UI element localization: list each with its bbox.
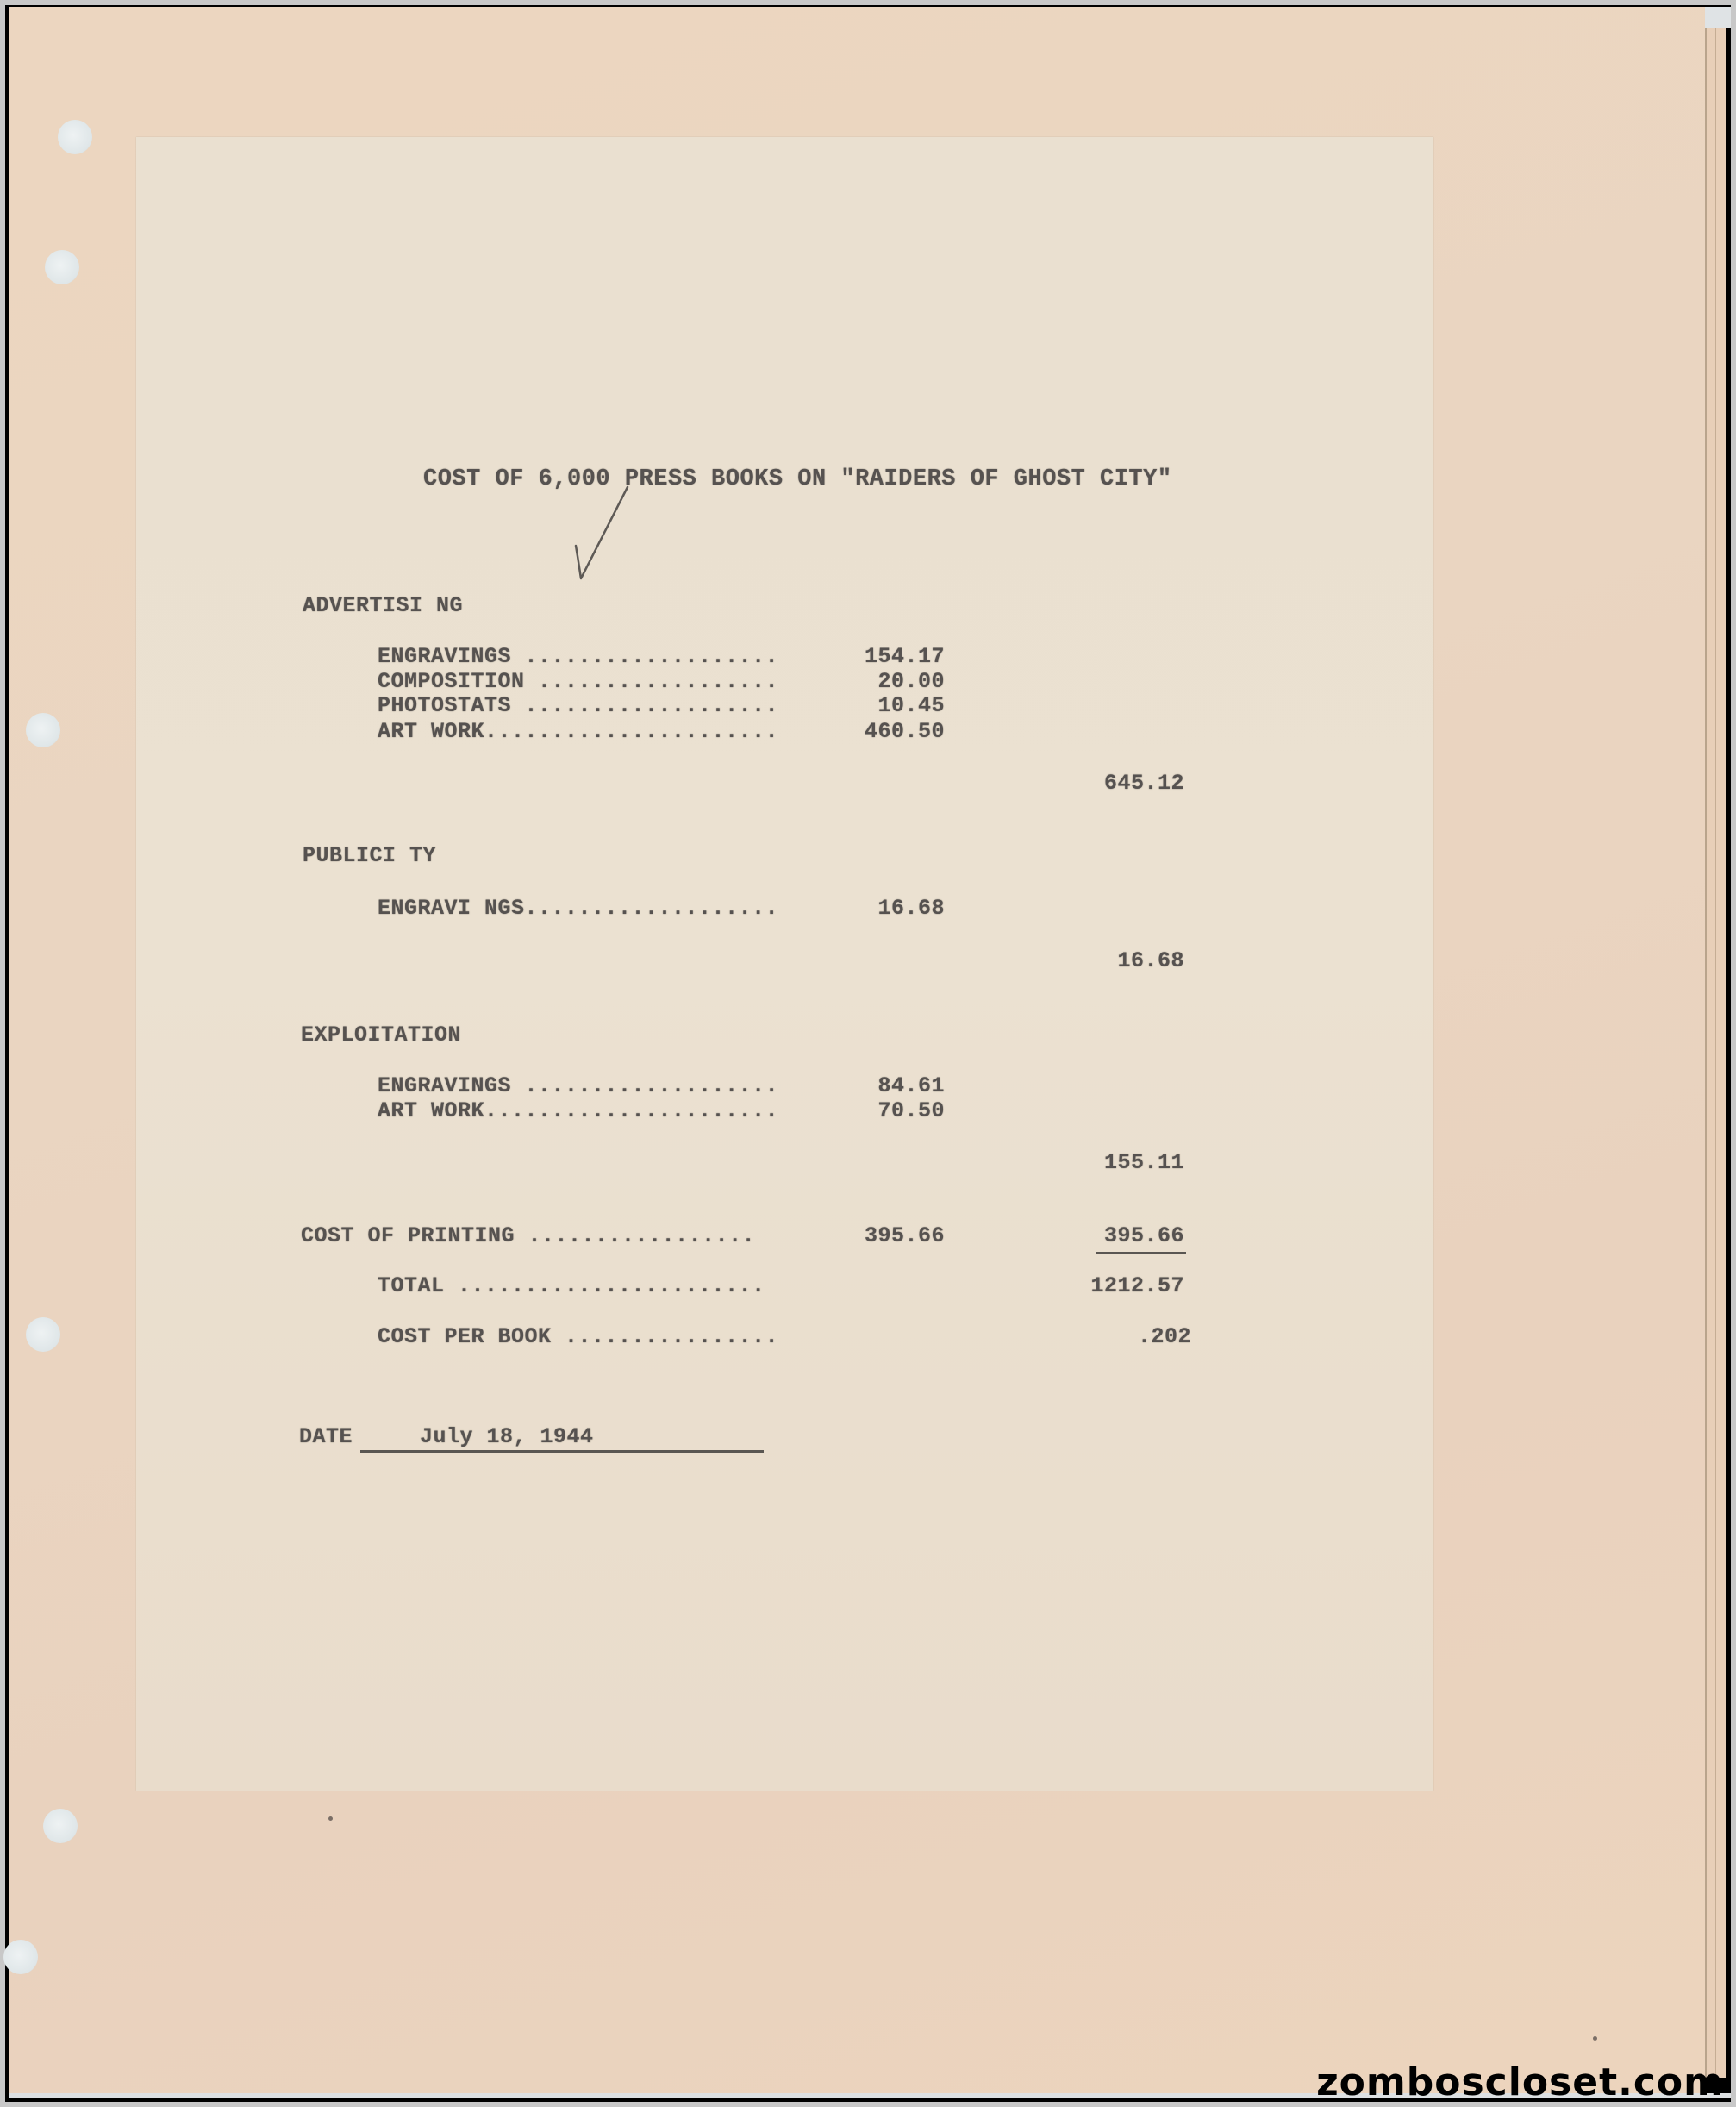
binder-hole-icon: [3, 1940, 38, 1974]
line-item-value: 460.50: [827, 721, 945, 742]
section-subtotal: 155.11: [1034, 1152, 1184, 1173]
line-item-value: 84.61: [827, 1075, 945, 1097]
line-item-value: 20.00: [827, 671, 945, 692]
cost-per-book-value: .202: [1034, 1326, 1191, 1347]
checkmark-icon: [560, 483, 638, 586]
line-item-label: ENGRAVI NGS...................: [378, 897, 778, 919]
printing-label: COST OF PRINTING .................: [301, 1225, 755, 1247]
binder-hole-icon: [26, 713, 60, 747]
line-item-value: 16.68: [827, 897, 945, 919]
section-subtotal: 16.68: [1034, 950, 1184, 972]
typed-document: [136, 137, 1433, 1791]
speck: [328, 1816, 333, 1821]
cost-per-book-label: COST PER BOOK ................: [378, 1326, 778, 1347]
date-label: DATE: [299, 1426, 353, 1447]
line-item-value: 154.17: [827, 646, 945, 667]
binder-hole-icon: [45, 250, 79, 284]
binder-hole-icon: [58, 120, 92, 154]
line-item-value: 70.50: [827, 1100, 945, 1122]
printing-subtotal: 395.66: [1034, 1225, 1184, 1247]
printing-value: 395.66: [827, 1225, 945, 1247]
subtotal-underline: [1096, 1252, 1186, 1254]
line-item-label: ENGRAVINGS ...................: [378, 646, 778, 667]
line-item-label: PHOTOSTATS ...................: [378, 695, 778, 716]
total-label: TOTAL .......................: [378, 1275, 765, 1297]
line-item-value: 10.45: [827, 695, 945, 716]
speck: [1593, 2036, 1597, 2041]
binder-hole-icon: [26, 1317, 60, 1352]
date-underline: [360, 1450, 764, 1453]
section-heading-exploitation: EXPLOITATION: [301, 1024, 461, 1046]
line-item-label: COMPOSITION ..................: [378, 671, 778, 692]
binder-hole-icon: [43, 1809, 78, 1843]
watermark: zomboscloset.com: [1316, 2064, 1724, 2102]
line-item-label: ENGRAVINGS ...................: [378, 1075, 778, 1097]
section-heading-publicity: PUBLICI TY: [303, 845, 436, 866]
total-value: 1212.57: [1034, 1275, 1184, 1297]
corner-gap: [1705, 7, 1731, 28]
date-value: July 18, 1944: [420, 1426, 594, 1447]
document-title: COST OF 6,000 PRESS BOOKS ON "RAIDERS OF…: [423, 468, 1172, 491]
line-item-label: ART WORK......................: [378, 721, 778, 742]
section-subtotal: 645.12: [1034, 772, 1184, 794]
line-item-label: ART WORK......................: [378, 1100, 778, 1122]
section-heading-advertising: ADVERTISI NG: [303, 595, 463, 616]
page-edge-line: [1715, 26, 1716, 2078]
